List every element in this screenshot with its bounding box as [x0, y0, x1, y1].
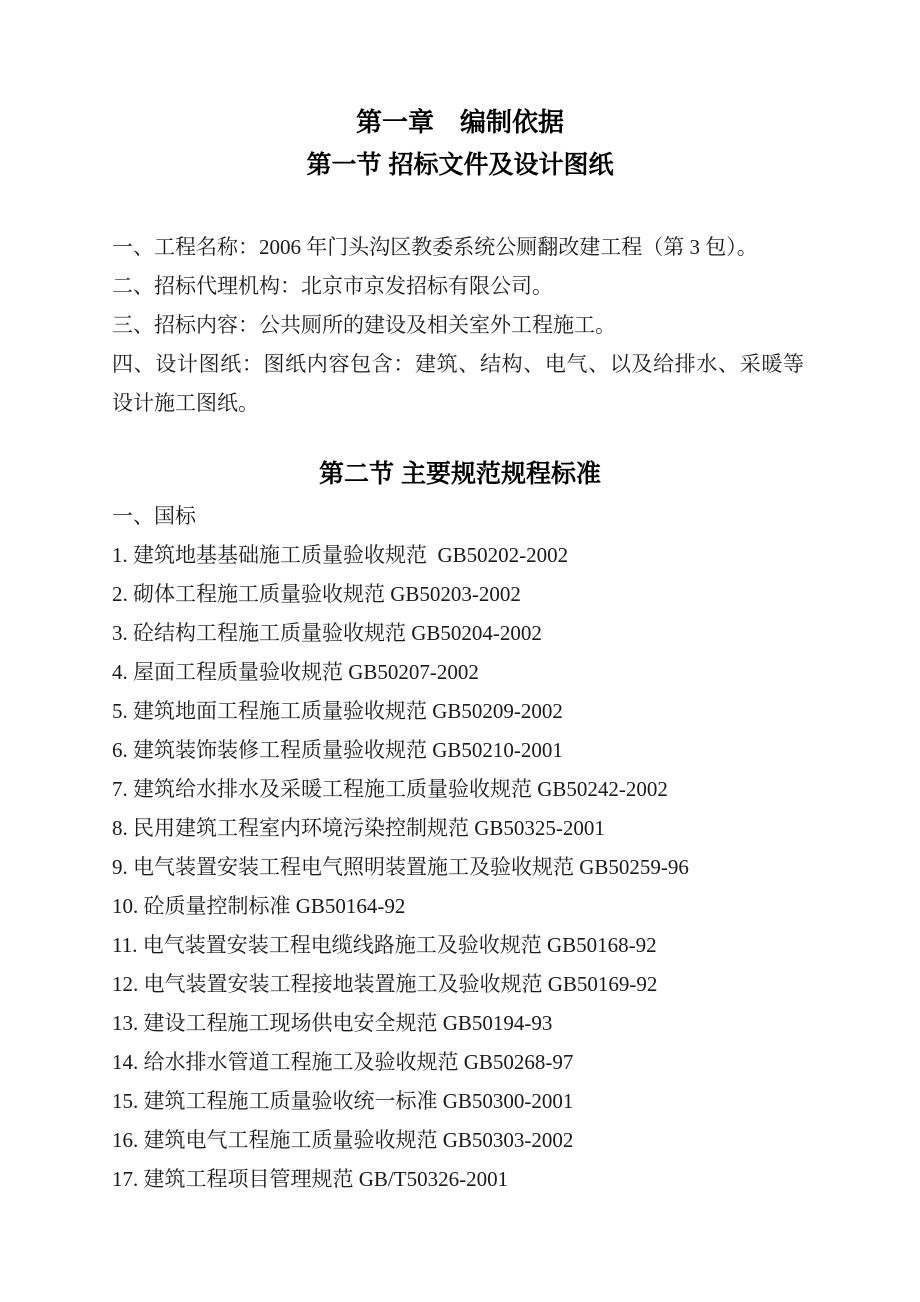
standard-item: 13. 建设工程施工现场供电安全规范 GB50194-93: [112, 1004, 804, 1043]
standard-item: 15. 建筑工程施工质量验收统一标准 GB50300-2001: [112, 1082, 804, 1121]
chapter-title: 第一章 编制依据: [0, 104, 920, 140]
standard-item: 1. 建筑地基基础施工质量验收规范 GB50202-2002: [112, 536, 804, 575]
paragraph-bid-agency: 二、招标代理机构：北京市京发招标有限公司。: [112, 267, 804, 306]
standard-item: 11. 电气装置安装工程电缆线路施工及验收规范 GB50168-92: [112, 926, 804, 965]
section-2-title: 第二节 主要规范规程标准: [0, 455, 920, 493]
section-1-body: 一、工程名称：2006 年门头沟区教委系统公厕翻改建工程（第 3 包）。 二、招…: [112, 228, 804, 423]
standard-item: 3. 砼结构工程施工质量验收规范 GB50204-2002: [112, 614, 804, 653]
standard-item: 4. 屋面工程质量验收规范 GB50207-2002: [112, 653, 804, 692]
paragraph-project-name: 一、工程名称：2006 年门头沟区教委系统公厕翻改建工程（第 3 包）。: [112, 228, 804, 267]
standard-item: 6. 建筑装饰装修工程质量验收规范 GB50210-2001: [112, 731, 804, 770]
standards-subheading-block: 一、国标: [112, 497, 804, 536]
standard-item: 8. 民用建筑工程室内环境污染控制规范 GB50325-2001: [112, 809, 804, 848]
standard-item: 16. 建筑电气工程施工质量验收规范 GB50303-2002: [112, 1121, 804, 1160]
standard-item: 14. 给水排水管道工程施工及验收规范 GB50268-97: [112, 1043, 804, 1082]
standard-item: 2. 砌体工程施工质量验收规范 GB50203-2002: [112, 575, 804, 614]
standard-item: 10. 砼质量控制标准 GB50164-92: [112, 887, 804, 926]
standard-item: 9. 电气装置安装工程电气照明装置施工及验收规范 GB50259-96: [112, 848, 804, 887]
document-page: 第一章 编制依据 第一节 招标文件及设计图纸 一、工程名称：2006 年门头沟区…: [0, 0, 920, 1302]
standard-item: 5. 建筑地面工程施工质量验收规范 GB50209-2002: [112, 692, 804, 731]
standard-item: 7. 建筑给水排水及采暖工程施工质量验收规范 GB50242-2002: [112, 770, 804, 809]
paragraph-design-drawings: 四、设计图纸：图纸内容包含：建筑、结构、电气、以及给排水、采暖等设计施工图纸。: [112, 345, 804, 423]
paragraph-bid-content: 三、招标内容：公共厕所的建设及相关室外工程施工。: [112, 306, 804, 345]
standards-subheading: 一、国标: [112, 497, 804, 536]
standard-item: 17. 建筑工程项目管理规范 GB/T50326-2001: [112, 1160, 804, 1199]
standard-item: 12. 电气装置安装工程接地装置施工及验收规范 GB50169-92: [112, 965, 804, 1004]
section-1-title: 第一节 招标文件及设计图纸: [0, 146, 920, 184]
standards-list: 1. 建筑地基基础施工质量验收规范 GB50202-2002 2. 砌体工程施工…: [112, 536, 804, 1199]
